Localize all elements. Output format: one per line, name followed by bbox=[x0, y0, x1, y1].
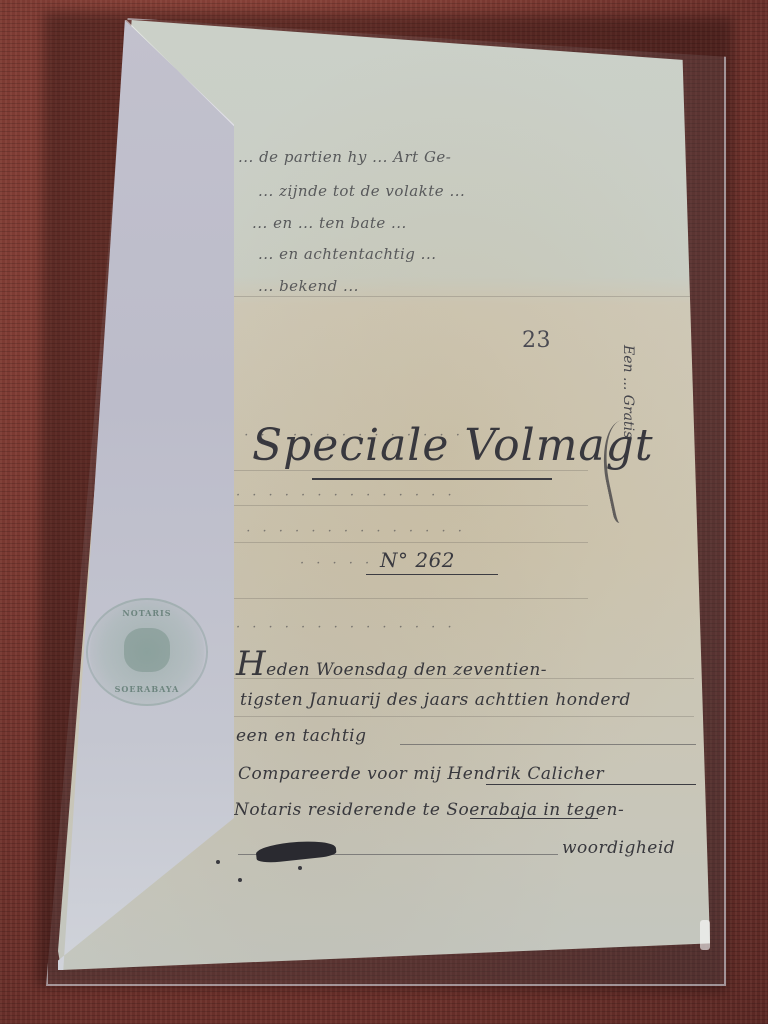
body-line-4: Compareerde voor mij Hendrik Calicher bbox=[238, 764, 604, 784]
top-fragment-line-3: ... en ... ten bate ... bbox=[252, 214, 407, 232]
ruled-line bbox=[228, 716, 694, 717]
act-number-underline bbox=[366, 574, 498, 575]
sleeve-glare bbox=[700, 920, 710, 950]
ink-speck bbox=[216, 860, 220, 864]
document-title: Speciale Volmagt bbox=[252, 420, 654, 471]
ruled-line bbox=[228, 542, 588, 543]
section-divider bbox=[230, 296, 690, 297]
act-number: N° 262 bbox=[380, 548, 455, 572]
ruled-line bbox=[228, 470, 588, 471]
name-underline bbox=[486, 784, 696, 785]
body-line-2: tigsten Januarij des jaars achttien hond… bbox=[240, 690, 631, 710]
ink-speck bbox=[298, 866, 302, 870]
notary-seal: NOTARIS SOERABAYA bbox=[86, 598, 208, 706]
top-fragment-line-5: ... bekend ... bbox=[258, 277, 359, 295]
seal-bottom-text: SOERABAYA bbox=[88, 684, 206, 694]
top-fragment-line-1: ... de partien hy ... Art Ge- bbox=[238, 148, 451, 166]
filler-dots: · · · · · · · · · · · · · · bbox=[236, 620, 456, 635]
ruled-line bbox=[228, 598, 588, 599]
ink-speck bbox=[238, 878, 242, 882]
top-fragment-line-4: ... en achtentachtig ... bbox=[258, 245, 436, 263]
seal-top-text: NOTARIS bbox=[88, 608, 206, 618]
body-line-5: Notaris residerende te Soerabaja in tege… bbox=[234, 800, 624, 820]
place-underline bbox=[470, 818, 598, 819]
body-line-text: eden Woensdag den zeventien- bbox=[266, 660, 547, 680]
body-line-3: een en tachtig bbox=[236, 726, 366, 746]
filler-dots: · · · · · · · · · · · · · · bbox=[236, 488, 456, 503]
ruled-line bbox=[228, 678, 694, 679]
line-fill-rule bbox=[400, 744, 696, 745]
page-number: 23 bbox=[522, 328, 551, 353]
title-underline bbox=[312, 478, 552, 480]
seal-emblem-icon bbox=[124, 628, 170, 672]
ruled-line bbox=[228, 505, 588, 506]
top-fragment-line-2: ... zijnde tot de volakte ... bbox=[258, 182, 465, 200]
filler-dots: · · · · · · · · · · · · · · · bbox=[230, 524, 466, 539]
body-line-6: woordigheid bbox=[562, 838, 675, 858]
filler-dots: · · · · · bbox=[300, 556, 373, 571]
